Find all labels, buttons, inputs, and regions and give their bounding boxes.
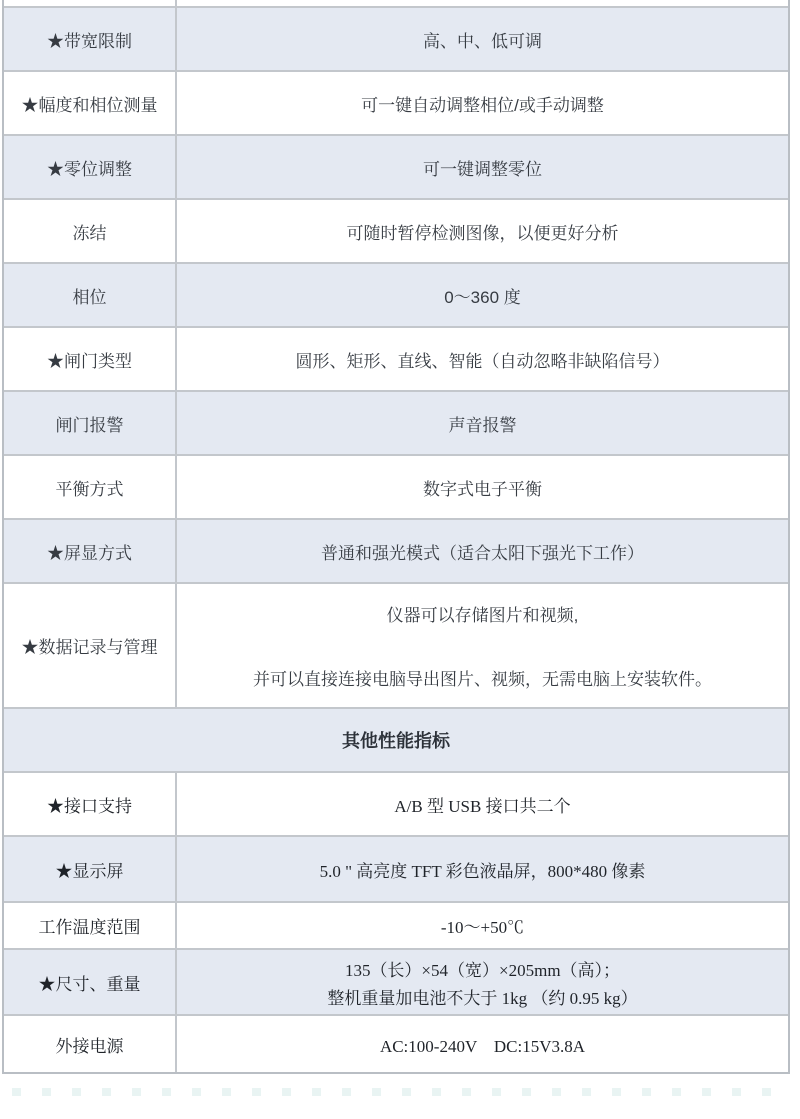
spec-value-line: 可一键调整零位 (189, 155, 776, 180)
table-row-partial (4, 0, 788, 8)
spec-label: ★接口支持 (4, 773, 177, 835)
table-row: 闸门报警声音报警 (4, 392, 788, 456)
spec-value-line: 数字式电子平衡 (189, 475, 776, 500)
spec-label: ★显示屏 (4, 837, 177, 901)
spec-value-line: 高、中、低可调 (189, 27, 776, 52)
spec-label (4, 0, 177, 6)
spec-label: 平衡方式 (4, 456, 177, 518)
spec-value-line: 仪器可以存储图片和视频, (189, 601, 776, 626)
spec-value: 可随时暂停检测图像，以便更好分析 (177, 200, 788, 262)
spec-value: -10～+50℃ (177, 903, 788, 948)
spec-value: 声音报警 (177, 392, 788, 454)
spec-label: ★带宽限制 (4, 8, 177, 70)
table-row: ★显示屏5.0 " 高亮度 TFT 彩色液晶屏，800*480 像素 (4, 837, 788, 903)
spec-value: 数字式电子平衡 (177, 456, 788, 518)
spec-value: 135（长）×54（宽）×205mm（高）；整机重量加电池不大于 1kg （约 … (177, 950, 788, 1014)
table-row: ★数据记录与管理仪器可以存储图片和视频,并可以直接连接电脑导出图片、视频，无需电… (4, 584, 788, 709)
spec-value-line: 声音报警 (189, 411, 776, 436)
table-row: 相位0～360 度 (4, 264, 788, 328)
spec-value-line: 普通和强光模式（适合太阳下强光下工作） (189, 539, 776, 564)
table-row: ★零位调整可一键调整零位 (4, 136, 788, 200)
spec-value: 普通和强光模式（适合太阳下强光下工作） (177, 520, 788, 582)
spec-value-line: 可随时暂停检测图像，以便更好分析 (189, 219, 776, 244)
spec-value-line: 并可以直接连接电脑导出图片、视频，无需电脑上安装软件。 (189, 665, 776, 690)
spec-value-line: 圆形、矩形、直线、智能（自动忽略非缺陷信号） (189, 347, 776, 372)
spec-label: ★闸门类型 (4, 328, 177, 390)
table-row: ★幅度和相位测量可一键自动调整相位/或手动调整 (4, 72, 788, 136)
spec-sheet-page: ★带宽限制高、中、低可调★幅度和相位测量可一键自动调整相位/或手动调整★零位调整… (0, 0, 800, 1119)
table-row: 平衡方式数字式电子平衡 (4, 456, 788, 520)
spec-label: 工作温度范围 (4, 903, 177, 948)
spec-label: 闸门报警 (4, 392, 177, 454)
specification-table: ★带宽限制高、中、低可调★幅度和相位测量可一键自动调整相位/或手动调整★零位调整… (2, 0, 790, 1074)
spec-value: 可一键调整零位 (177, 136, 788, 198)
spec-value-line: AC:100-240V DC:15V3.8A (189, 1032, 776, 1057)
spec-value: 0～360 度 (177, 264, 788, 326)
spec-value-line: 可一键自动调整相位/或手动调整 (189, 91, 776, 116)
spec-label: ★屏显方式 (4, 520, 177, 582)
footer-dotted-divider (12, 1088, 788, 1096)
spec-value: 圆形、矩形、直线、智能（自动忽略非缺陷信号） (177, 328, 788, 390)
table-row: ★尺寸、重量135（长）×54（宽）×205mm（高）；整机重量加电池不大于 1… (4, 950, 788, 1016)
section-header-title: 其他性能指标 (4, 727, 788, 753)
spec-label: 相位 (4, 264, 177, 326)
spec-value-line: 135（长）×54（宽）×205mm（高）； (189, 956, 776, 981)
section-header-row: 其他性能指标 (4, 709, 788, 773)
spec-value: 5.0 " 高亮度 TFT 彩色液晶屏，800*480 像素 (177, 837, 788, 901)
spec-value (177, 0, 788, 6)
table-row: ★闸门类型圆形、矩形、直线、智能（自动忽略非缺陷信号） (4, 328, 788, 392)
spec-value: A/B 型 USB 接口共二个 (177, 773, 788, 835)
spec-label: 外接电源 (4, 1016, 177, 1072)
spec-label: 冻结 (4, 200, 177, 262)
table-row: ★接口支持A/B 型 USB 接口共二个 (4, 773, 788, 837)
spec-value-line: 整机重量加电池不大于 1kg （约 0.95 kg） (189, 984, 776, 1009)
table-row: 外接电源AC:100-240V DC:15V3.8A (4, 1016, 788, 1072)
spec-label: ★零位调整 (4, 136, 177, 198)
spec-value-line: 0～360 度 (189, 283, 776, 308)
spec-value-line: A/B 型 USB 接口共二个 (189, 792, 776, 817)
spec-label: ★尺寸、重量 (4, 950, 177, 1014)
spec-value-line: 5.0 " 高亮度 TFT 彩色液晶屏，800*480 像素 (189, 857, 776, 882)
table-row: ★带宽限制高、中、低可调 (4, 8, 788, 72)
spec-value: 仪器可以存储图片和视频,并可以直接连接电脑导出图片、视频，无需电脑上安装软件。 (177, 584, 788, 707)
spec-value: 高、中、低可调 (177, 8, 788, 70)
spec-value-line: -10～+50℃ (189, 913, 776, 938)
table-row: 冻结可随时暂停检测图像，以便更好分析 (4, 200, 788, 264)
spec-value: 可一键自动调整相位/或手动调整 (177, 72, 788, 134)
spec-label: ★幅度和相位测量 (4, 72, 177, 134)
table-row: 工作温度范围-10～+50℃ (4, 903, 788, 950)
table-row: ★屏显方式普通和强光模式（适合太阳下强光下工作） (4, 520, 788, 584)
spec-label: ★数据记录与管理 (4, 584, 177, 707)
spec-value: AC:100-240V DC:15V3.8A (177, 1016, 788, 1072)
